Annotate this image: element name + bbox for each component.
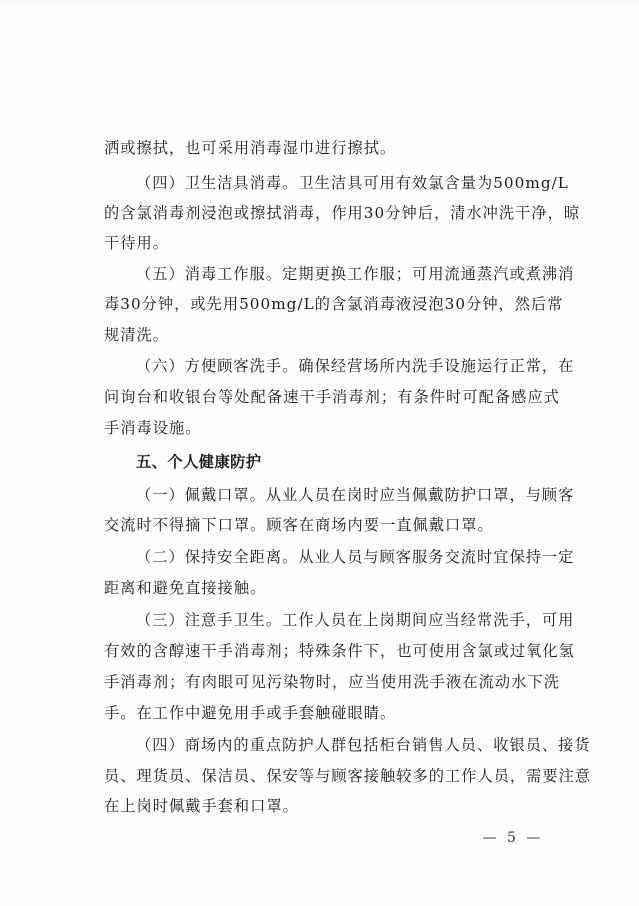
body-line: 规清洗。 [104, 325, 560, 345]
body-line: 在上岗时佩戴手套和口罩。 [104, 796, 560, 816]
body-line: 的含氯消毒剂浸泡或擦拭消毒，作用30分钟后，清水冲洗干净，晾 [104, 203, 560, 223]
body-line: 员、理货员、保洁员、保安等与顾客接触较多的工作人员，需要注意 [104, 766, 560, 786]
body-line: 干待用。 [104, 233, 560, 253]
body-line: （四）卫生洁具消毒。卫生洁具可用有效氯含量为500mg/L [136, 173, 560, 193]
section-heading: 五、个人健康防护 [136, 452, 560, 472]
body-line: 洒或擦拭，也可采用消毒湿巾进行擦拭。 [104, 138, 560, 158]
document-page: 洒或擦拭，也可采用消毒湿巾进行擦拭。 （四）卫生洁具消毒。卫生洁具可用有效氯含量… [0, 0, 639, 906]
body-line: 有效的含醇速干手消毒剂；特殊条件下，也可使用含氯或过氧化氢 [104, 641, 560, 661]
body-line: （一）佩戴口罩。从业人员在岗时应当佩戴防护口罩，与顾客 [136, 485, 560, 505]
body-line: 问询台和收银台等处配备速干手消毒剂；有条件时可配备感应式 [104, 387, 560, 407]
body-line: （五）消毒工作服。定期更换工作服；可用流通蒸汽或煮沸消 [136, 264, 560, 284]
body-line: （六）方便顾客洗手。确保经营场所内洗手设施运行正常，在 [136, 356, 560, 376]
body-line: 手消毒剂；有肉眼可见污染物时，应当使用洗手液在流动水下洗 [104, 672, 560, 692]
body-line: （四）商场内的重点防护人群包括柜台销售人员、收银员、接货 [136, 735, 560, 755]
body-line: （三）注意手卫生。工作人员在上岗期间应当经常洗手，可用 [136, 610, 560, 630]
body-line: 手。在工作中避免用手或手套触碰眼睛。 [104, 703, 560, 723]
body-line: 毒30分钟，或先用500mg/L的含氯消毒液浸泡30分钟，然后常 [104, 294, 560, 314]
body-line: 交流时不得摘下口罩。顾客在商场内要一直佩戴口罩。 [104, 515, 560, 535]
page-number: — 5 — [478, 830, 548, 850]
body-line: 距离和避免直接接触。 [104, 578, 560, 598]
body-line: （二）保持安全距离。从业人员与顾客服务交流时宜保持一定 [136, 547, 560, 567]
scan-edge [0, 0, 639, 6]
body-line: 手消毒设施。 [104, 418, 560, 438]
